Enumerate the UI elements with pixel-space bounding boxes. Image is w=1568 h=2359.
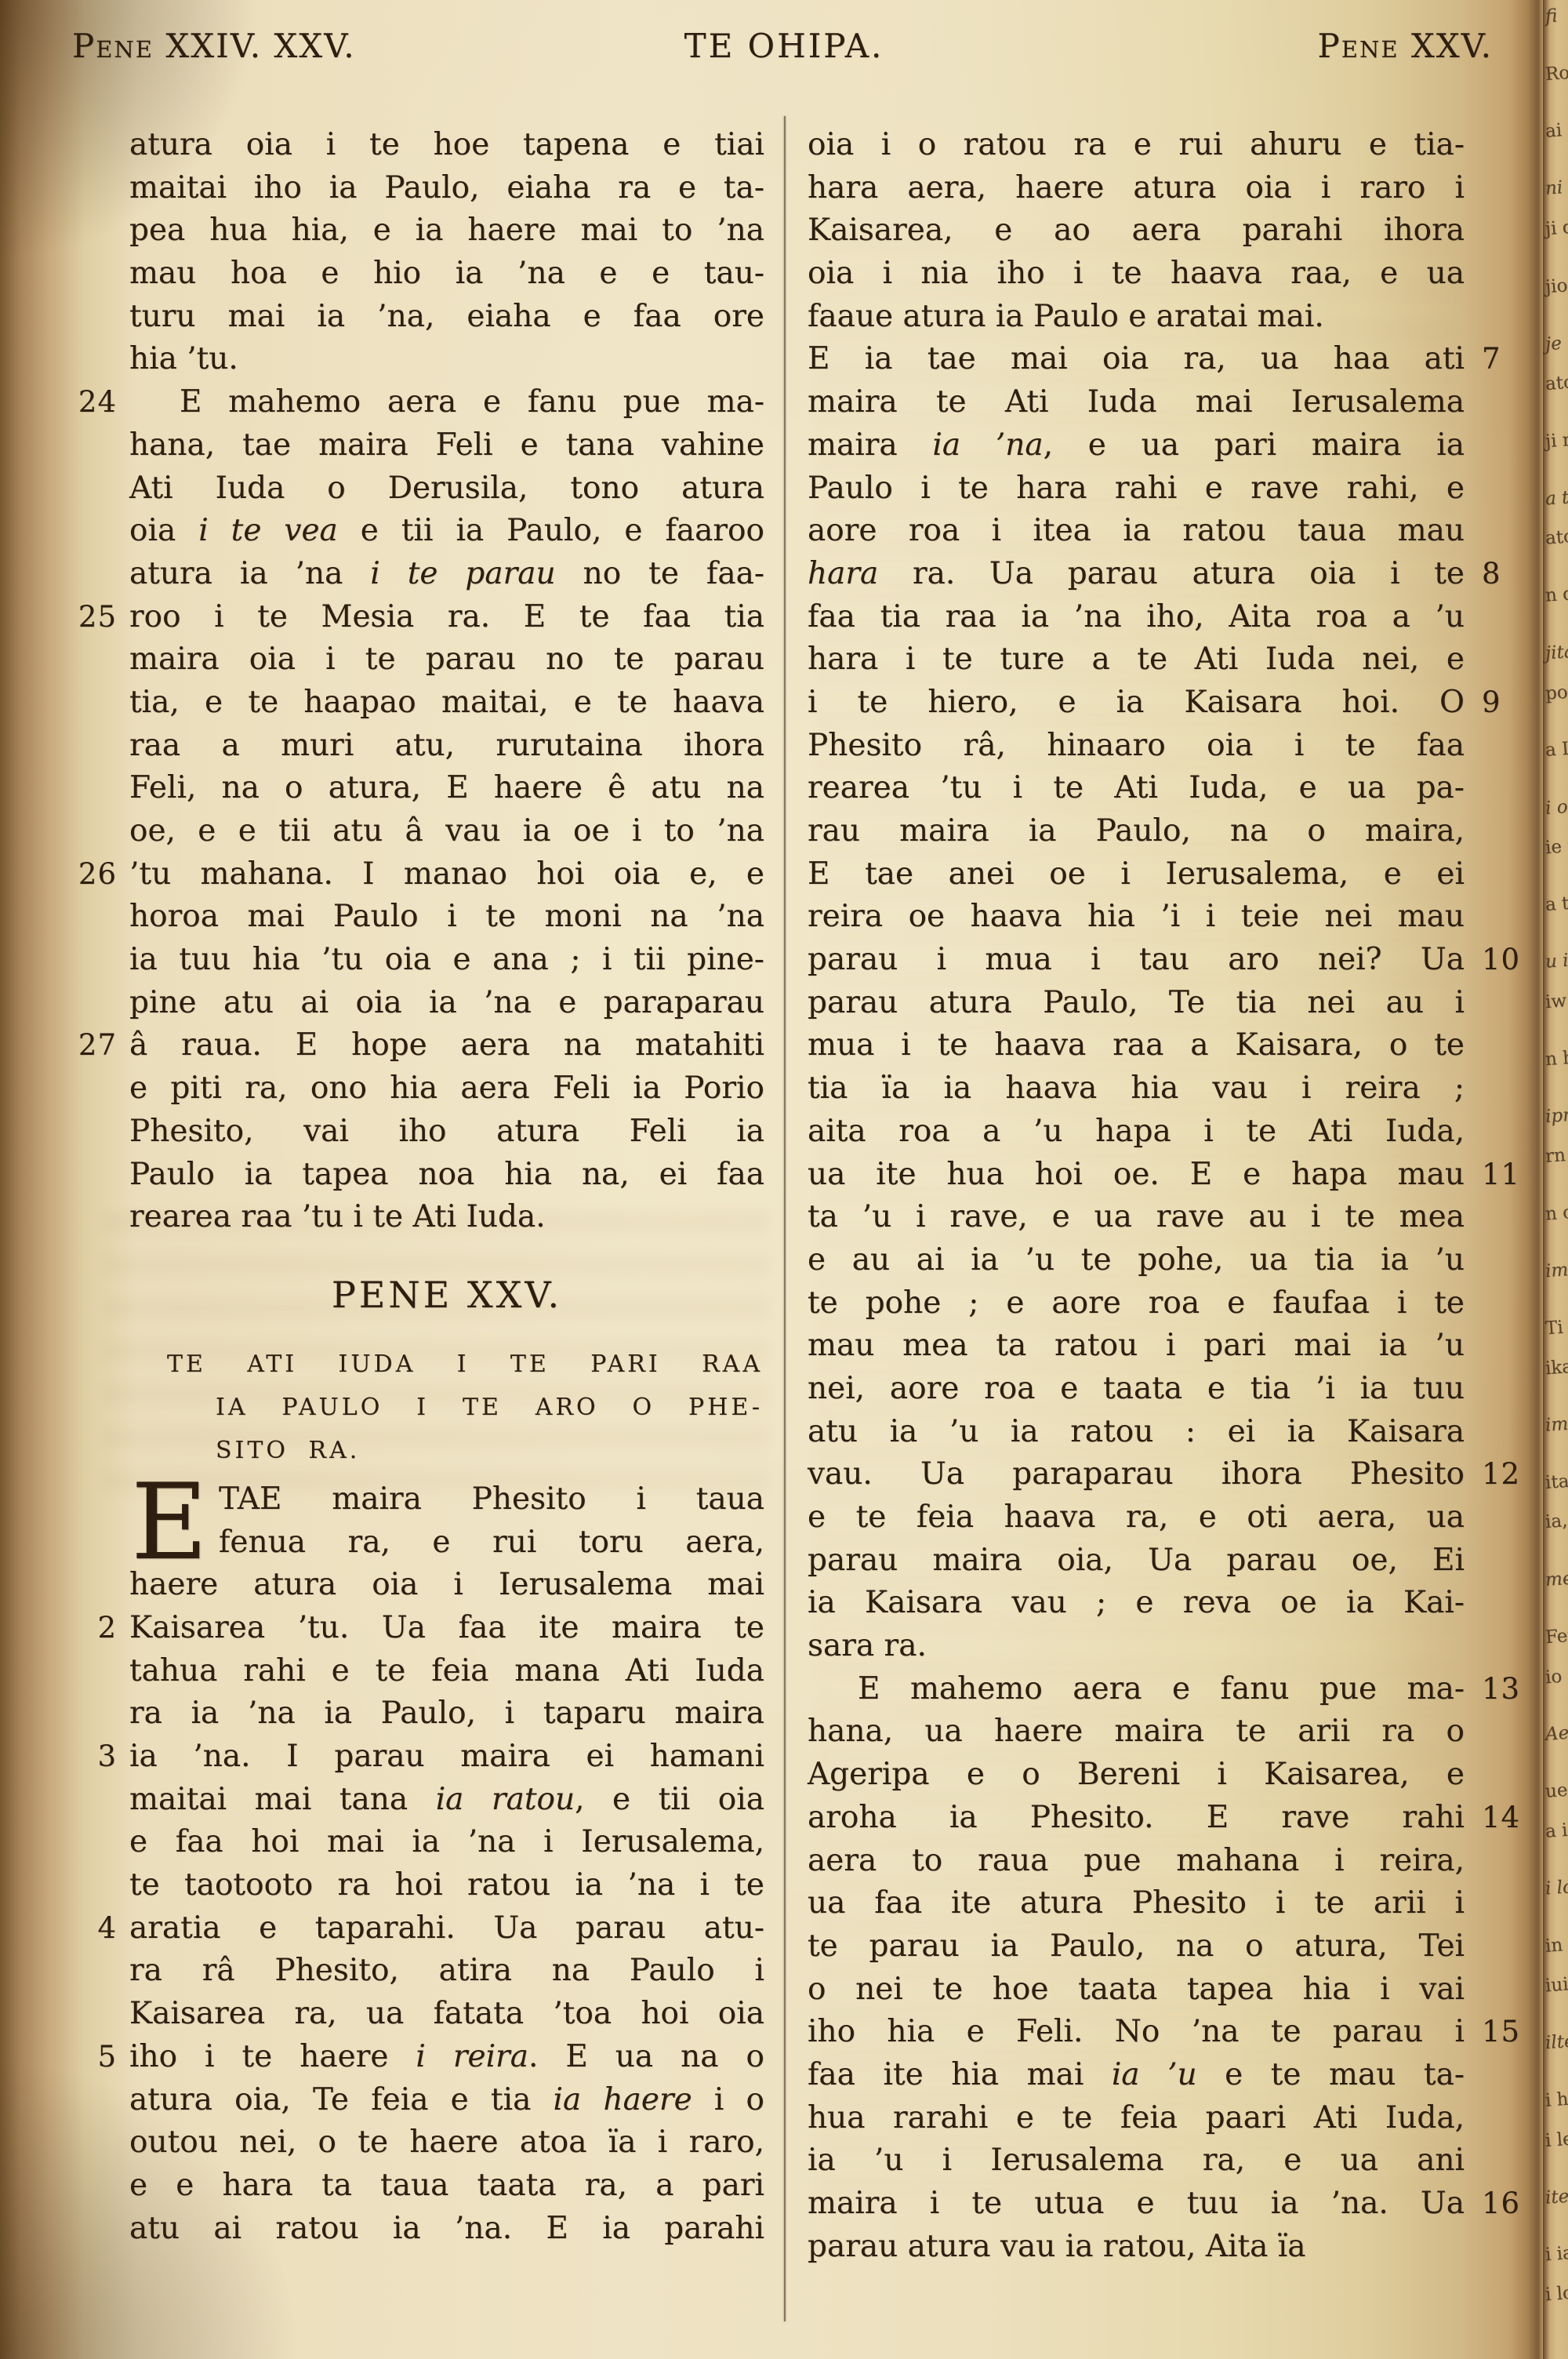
text-segment: aera to raua pue mahana i reira, [808, 1843, 1465, 1878]
text-line: mau mea ta ratou i pari mai ia ’u [808, 1325, 1465, 1368]
verse-number: 9 [1482, 682, 1548, 725]
text-line: ra ia ’na ia Paulo, i taparu maira [129, 1692, 764, 1736]
edge-text-fragment: Fetor [1544, 1624, 1568, 1648]
edge-text-fragment: in to [1544, 1933, 1568, 1957]
text-line: atu ia ’u ia ratou : ei ia Kaisara [808, 1411, 1465, 1454]
text-segment: hana, tae maira Feli e tana vahine [129, 427, 764, 463]
text-line: ta ’u i rave, e ua rave au i te mea [808, 1196, 1465, 1239]
text-line: 16maira i te utua e tuu ia ’na. Ua [808, 2183, 1465, 2226]
text-line: oia i o ratou ra e rui ahuru e tia- [808, 124, 1465, 167]
edge-text-fragment: n hia’ [1544, 1046, 1568, 1070]
text-line: tahua rahi e te feia mana Ati Iuda [129, 1650, 764, 1693]
verse-number: 26 [51, 853, 117, 896]
text-segment: outou nei, o te haere atoa ïa i raro, [129, 2125, 764, 2160]
text-segment: maira [808, 427, 932, 463]
text-line: faa ite hia mai ia ’u e te mau ta- [808, 2054, 1465, 2097]
text-line: parau atura vau ia ratou, Aita ïa [808, 2226, 1465, 2269]
text-segment: ia Kaisara vau ; e reva oe ia Kai- [808, 1585, 1465, 1620]
text-line: e te feia haava ra, e oti aera, ua [808, 1496, 1465, 1539]
text-line: e e hara ta taua taata ra, a pari [129, 2165, 764, 2208]
text-segment: . E ua na o [528, 2039, 764, 2074]
edge-text-fragment: i lo, [1544, 1877, 1568, 1899]
text-line: 27â raua. E hope aera na matahiti [129, 1024, 764, 1067]
column-divider-rule [784, 116, 786, 2321]
text-segment: oia [129, 513, 198, 548]
text-line: 13E mahemo aera e fanu pue ma- [808, 1668, 1465, 1711]
text-segment: Kaisarea, e ao aera parahi ihora [808, 213, 1465, 248]
text-segment: reira oe haava hia ’i i teie nei mau [808, 899, 1465, 934]
edge-text-fragment: u i e [1544, 949, 1568, 972]
text-segment: pea hua hia, e ia haere mai to ’na [129, 213, 764, 248]
text-line: parau maira oia, Ua parau oe, Ei [808, 1539, 1465, 1583]
text-line: o nei te hoe taata tapea hia i vai [808, 1968, 1465, 2012]
text-line: 5iho i te haere i reira. E ua na o [129, 2036, 764, 2079]
text-line: rearea raa ’tu i te Ati Iuda. [129, 1196, 764, 1239]
text-line: turu mai ia ’na, eiaha e faa ore [129, 296, 764, 339]
text-segment: i o [692, 2082, 764, 2117]
text-line: hua rarahi e te feia paari Ati Iuda, [808, 2097, 1465, 2140]
text-segment: pine atu ai oia ia ’na e paraparau [129, 985, 764, 1020]
text-segment: E mahemo aera e fanu pue ma- [858, 1671, 1465, 1707]
verse-number: 16 [1482, 2183, 1548, 2226]
edge-text-fragment: i hoj [1544, 2088, 1568, 2110]
verse-number: 5 [51, 2036, 117, 2079]
text-line: atura ia ’na i te parau no te faa- [129, 553, 764, 596]
text-line: Ageripa e o Bereni i Kaisarea, e [808, 1754, 1465, 1797]
text-segment: nei, aore roa e taata e tia ’i ia tuu [808, 1371, 1465, 1406]
text-segment: TAE maira Phesito i taua [219, 1481, 764, 1517]
text-segment: mau hoa e hio ia ’na e e tau- [129, 256, 764, 291]
edge-text-fragment: imi at [1544, 1258, 1568, 1282]
edge-text-fragment: atoa, [1544, 371, 1568, 394]
text-segment: iho hia e Feli. No ’na te parau i [808, 2014, 1465, 2049]
text-segment: faa ite hia mai [808, 2057, 1112, 2092]
text-segment: rearea raa ’tu i te Ati Iuda. [129, 1199, 546, 1234]
edge-text-fragment: n d i [1544, 583, 1568, 606]
edge-text-fragment: iuit [1544, 1974, 1568, 1997]
italic-text-segment: i te vea [198, 513, 338, 548]
edge-text-fragment: iw ile [1544, 989, 1568, 1012]
edge-text-fragment: rn ia [1544, 1143, 1568, 1167]
text-segment: parau i mua i tau aro nei? Ua [808, 942, 1465, 977]
italic-text-segment: hara [808, 556, 878, 591]
text-line: tia, e te haapao maitai, e te haava [129, 682, 764, 725]
edge-text-fragment: ie ma [1544, 834, 1568, 858]
text-segment: e tii ia Paulo, e faaroo [338, 513, 764, 548]
text-line: 9i te hiero, e ia Kaisara hoi. O [808, 682, 1465, 725]
chapter-summary-line: SITO RA. [167, 1429, 763, 1472]
text-line: maira ia ’na, e ua pari maira ia [808, 424, 1465, 467]
italic-text-segment: i reira [416, 2039, 528, 2074]
text-segment: aita roa a ’u hapa i te Ati Iuda, [808, 1114, 1465, 1149]
text-segment: tia, e te haapao maitai, e te haava [129, 685, 764, 720]
text-segment: ra. Ua parau atura oia i te [878, 556, 1465, 591]
edge-text-fragment: i ora re [1544, 794, 1568, 819]
text-line: raa a muri atu, rurutaina ihora [129, 725, 764, 768]
edge-text-fragment: jio ne [1544, 274, 1568, 297]
text-line: Paulo i te hara rahi e rave rahi, e [808, 467, 1465, 511]
text-line: oia i te vea e tii ia Paulo, e faaroo [129, 510, 764, 553]
text-line: rearea ’tu i te Ati Iuda, e ua pa- [808, 767, 1465, 810]
text-line: aita roa a ’u hapa i te Ati Iuda, [808, 1110, 1465, 1154]
text-line: ua faa ite atura Phesito i te arii i [808, 1882, 1465, 1925]
text-segment: hara i te ture a te Ati Iuda nei, e [808, 642, 1465, 677]
edge-text-fragment: ni [1544, 177, 1563, 198]
edge-text-fragment: ite a [1544, 2185, 1568, 2208]
text-segment: parau atura Paulo, Te tia nei au i [808, 985, 1465, 1020]
text-segment: ia ’na. I parau maira ei hamani [129, 1739, 764, 1774]
edge-text-fragment: imoi [1544, 1412, 1568, 1435]
text-segment: e e hara ta taua taata ra, a pari [129, 2168, 764, 2203]
text-segment: maira i te utua e tuu ia ’na. Ua [808, 2186, 1465, 2221]
text-line: 7E ia tae mai oia ra, ua haa ati [808, 338, 1465, 381]
text-line: e au ai ia ’u te pohe, ua tia ia ’u [808, 1239, 1465, 1282]
text-line: rau maira ia Paulo, na o maira, [808, 810, 1465, 853]
text-segment: ta ’u i rave, e ua rave au i te mea [808, 1199, 1465, 1234]
text-line: 26’tu mahana. I manao hoi oia e, e [129, 853, 764, 896]
text-line: 10parau i mua i tau aro nei? Ua [808, 939, 1465, 982]
edge-text-fragment: ue a [1544, 1779, 1568, 1801]
text-line: te taotooto ra hoi ratou ia ’na i te [129, 1864, 764, 1907]
text-segment: Ageripa e o Bereni i Kaisarea, e [808, 1757, 1465, 1792]
text-segment: ’tu mahana. I manao hoi oia e, e [129, 856, 764, 892]
edge-text-fragment: Ro [1544, 63, 1568, 85]
text-line: hia ’tu. [129, 338, 764, 381]
text-segment: mau mea ta ratou i pari mai ia ’u [808, 1328, 1465, 1363]
text-line: 15iho hia e Feli. No ’na te parau i [808, 2011, 1465, 2054]
edge-text-fragment: ji d [1544, 217, 1568, 239]
text-segment: parau atura vau ia ratou, Aita ïa [808, 2229, 1306, 2264]
text-segment: mua i te haava raa a Kaisara, o te [808, 1027, 1465, 1063]
text-line: Phesito râ, hinaaro oia i te faa [808, 725, 1465, 768]
running-header: Pene XXIV. XXV. TE OHIPA. Pene XXV. [0, 27, 1568, 74]
text-line: ia Kaisara vau ; e reva oe ia Kai- [808, 1582, 1465, 1625]
verse-block: 2Kaisarea ’tu. Ua faa ite maira tetahua … [129, 1607, 764, 2250]
italic-text-segment: ia haere [554, 2082, 692, 2117]
text-segment: i te hiero, e ia Kaisara hoi. O [808, 685, 1465, 720]
text-segment: atura oia, Te feia e tia [129, 2082, 554, 2117]
text-line: aore roa i itea ia ratou taua mau [808, 510, 1465, 553]
text-line: 24E mahemo aera e fanu pue ma- [129, 381, 764, 424]
text-segment: e te feia haava ra, e oti aera, ua [808, 1499, 1465, 1535]
text-line: oe, e e tii atu â vau ia oe i to ’na [129, 810, 764, 853]
edge-text-fragment: je haa [1544, 331, 1568, 355]
text-segment: faa tia raa ia ’na iho, Aita roa a ’u [808, 599, 1465, 634]
text-line: pine atu ai oia ia ’na e paraparau [129, 982, 764, 1025]
text-segment: atu ai ratou ia ’na. E ia parahi [129, 2211, 764, 2246]
edge-text-fragment: a Ies [1544, 737, 1568, 761]
text-segment: fenua ra, e rui toru aera, [219, 1525, 764, 1560]
text-segment: Ati Iuda o Derusila, tono atura [129, 471, 764, 506]
text-line: Ati Iuda o Derusila, tono atura [129, 467, 764, 511]
edge-text-fragment: ipran [1544, 1103, 1568, 1127]
text-line: TAE maira Phesito i taua [129, 1478, 764, 1521]
text-line: maira te Ati Iuda mai Ierusalema [808, 381, 1465, 424]
text-line: 2Kaisarea ’tu. Ua faa ite maira te [129, 1607, 764, 1650]
text-line: atura oia i te hoe tapena e tiai [129, 124, 764, 167]
text-line: ia ’u i Ierusalema ra, e ua ani [808, 2139, 1465, 2183]
verse-number: 2 [51, 1607, 117, 1650]
text-segment: atu ia ’u ia ratou : ei ia Kaisara [808, 1414, 1465, 1449]
text-line: aera to raua pue mahana i reira, [808, 1840, 1465, 1883]
edge-text-fragment: ai [1544, 120, 1563, 141]
text-segment: ra ia ’na ia Paulo, i taparu maira [129, 1696, 764, 1731]
verse-number: 24 [51, 381, 117, 424]
text-line: te parau ia Paulo, na o atura, Tei [808, 1925, 1465, 1968]
text-segment: sara ra. [808, 1628, 927, 1663]
text-segment: E tae anei oe i Ierusalema, e ei [808, 856, 1465, 892]
text-line: nei, aore roa e taata e tia ’i ia tuu [808, 1368, 1465, 1411]
verse-number: 4 [51, 1907, 117, 1950]
edge-text-fragment: port ra [1544, 679, 1568, 704]
text-segment: aroha ia Phesito. E rave rahi [808, 1800, 1465, 1835]
edge-text-fragment: Ti a p [1544, 1315, 1568, 1339]
text-line: tia ïa ia haava hia vau i reira ; [808, 1067, 1465, 1110]
text-line: atura oia, Te feia e tia ia haere i o [129, 2079, 764, 2122]
verse-number: 15 [1482, 2011, 1548, 2054]
text-segment: atura ia ’na [129, 556, 370, 591]
verse-number: 11 [1482, 1154, 1548, 1197]
text-line: 11ua ite hua hoi oe. E e hapa mau [808, 1154, 1465, 1197]
text-line: atu ai ratou ia ’na. E ia parahi [129, 2208, 764, 2251]
text-line: mau hoa e hio ia ’na e e tau- [129, 253, 764, 296]
text-segment: oia i nia iho i te haava raa, e ua [808, 256, 1465, 291]
text-line: faaue atura ia Paulo e aratai mai. [808, 296, 1465, 339]
text-segment: e te mau ta- [1197, 2057, 1465, 2092]
edge-text-fragment: n otur [1544, 1201, 1568, 1225]
text-segment: hua rarahi e te feia paari Ati Iuda, [808, 2100, 1465, 2135]
text-line: Kaisarea ra, ua fatata ’toa hoi oia [129, 1993, 764, 2036]
text-line: maira oia i te parau no te parau [129, 638, 764, 682]
italic-text-segment: ia ’u [1112, 2057, 1197, 2092]
text-segment: oia i o ratou ra e rui ahuru e tia- [808, 127, 1465, 162]
text-line: hara aera, haere atura oia i raro i [808, 167, 1465, 210]
text-line: fenua ra, e rui toru aera, [129, 1521, 764, 1565]
text-line: ra râ Phesito, atira na Paulo i [129, 1950, 764, 1993]
text-segment: iho i te haere [129, 2039, 416, 2074]
edge-text-fragment: a ti a [1544, 892, 1568, 915]
text-segment: maira te Ati Iuda mai Ierusalema [808, 384, 1465, 420]
text-line: hana, tae maira Feli e tana vahine [129, 424, 764, 467]
verse-number: 10 [1482, 939, 1548, 982]
text-segment: hana, ua haere maira te arii ra o [808, 1714, 1465, 1749]
text-segment: turu mai ia ’na, eiaha e faa ore [129, 299, 764, 334]
text-segment: hia ’tu. [129, 341, 238, 376]
text-segment: Paulo i te hara rahi e rave rahi, e [808, 471, 1465, 506]
text-line: e faa hoi mai ia ’na i Ierusalema, [129, 1821, 764, 1864]
text-line: maitai iho ia Paulo, eiaha ra e ta- [129, 167, 764, 210]
text-segment: horoa mai Paulo i te moni na ’na [129, 899, 764, 934]
edge-text-fragment: a i a [1544, 1819, 1568, 1841]
edge-text-fragment: fi [1544, 5, 1558, 27]
text-line: faa tia raa ia ’na iho, Aita roa a ’u [808, 596, 1465, 639]
verse-number: 3 [51, 1736, 117, 1779]
edge-text-fragment: i ia [1544, 2243, 1568, 2265]
text-line: Paulo ia tapea noa hia na, ei faa [129, 1154, 764, 1197]
text-line: 12vau. Ua paraparau ihora Phesito [808, 1453, 1465, 1496]
text-segment: parau maira oia, Ua parau oe, Ei [808, 1543, 1465, 1578]
text-line: 4aratia e taparahi. Ua parau atu- [129, 1907, 764, 1950]
text-segment: te pohe ; e aore roa e faufaa i te [808, 1285, 1465, 1321]
text-line: Feli, na o atura, E haere ê atu na [129, 767, 764, 810]
text-segment: Phesito, vai iho atura Feli ia [129, 1114, 764, 1149]
verse-number: 7 [1482, 338, 1548, 381]
text-segment: ua faa ite atura Phesito i te arii i [808, 1885, 1465, 1921]
text-segment: Paulo ia tapea noa hia na, ei faa [129, 1157, 764, 1192]
text-segment: ia ’u i Ierusalema ra, e ua ani [808, 2143, 1465, 2178]
text-line: parau atura Paulo, Te tia nei au i [808, 982, 1465, 1025]
text-segment: ia tuu hia ’tu oia e ana ; i tii pine- [129, 942, 764, 977]
text-line: 14aroha ia Phesito. E rave rahi [808, 1797, 1465, 1840]
text-segment: oe, e e tii atu â vau ia oe i to ’na [129, 813, 764, 849]
text-segment: o nei te hoe taata tapea hia i vai [808, 1972, 1465, 2007]
edge-text-fragment: i lo [1544, 2283, 1568, 2305]
edge-text-fragment: Aete [1544, 1721, 1568, 1745]
edge-text-fragment: a te fe [1544, 485, 1568, 509]
text-line: Kaisarea, e ao aera parahi ihora [808, 209, 1465, 253]
text-line: haere atura oia i Ierusalema mai [129, 1564, 764, 1607]
text-line: mua i te haava raa a Kaisara, o te [808, 1024, 1465, 1067]
text-segment: maitai mai tana [129, 1782, 436, 1817]
text-segment: haere atura oia i Ierusalema mai [129, 1567, 764, 1602]
verse-block: atura oia i te hoe tapena e tiaimaitai i… [129, 124, 764, 1239]
text-segment: , e ua pari maira ia [1044, 427, 1465, 463]
text-line: oia i nia iho i te haava raa, e ua [808, 253, 1465, 296]
text-segment: ua ite hua hoi oe. E e hapa mau [808, 1157, 1465, 1192]
text-segment: aratia e taparahi. Ua parau atu- [129, 1910, 764, 1946]
text-segment: e piti ra, ono hia aera Feli ia Porio [129, 1070, 764, 1106]
text-line: 3ia ’na. I parau maira ei hamani [129, 1736, 764, 1779]
edge-text-fragment: ji mai [1544, 428, 1568, 452]
text-line: hana, ua haere maira te arii ra o [808, 1710, 1465, 1754]
italic-text-segment: ia ’na [932, 427, 1043, 463]
text-segment: Phesito râ, hinaaro oia i te faa [808, 728, 1465, 763]
edge-text-fragment: itara [1544, 1470, 1568, 1493]
text-line: pea hua hia, e ia haere mai to ’na [129, 209, 764, 253]
chapter-summary-line: TE ATI IUDA I TE PARI RAA [167, 1343, 763, 1386]
text-segment: no te faa- [556, 556, 764, 591]
verse-block: oia i o ratou ra e rui ahuru e tia-hara … [808, 124, 1465, 2268]
text-segment: maira oia i te parau no te parau [129, 642, 764, 677]
text-line: ia tuu hia ’tu oia e ana ; i tii pine- [129, 939, 764, 982]
edge-text-fragment: io ma [1544, 1664, 1568, 1688]
text-segment: E mahemo aera e fanu pue ma- [180, 384, 764, 420]
text-line: e piti ra, ono hia aera Feli ia Porio [129, 1067, 764, 1110]
dropcap-paragraph: ETAE maira Phesito i tauafenua ra, e rui… [129, 1478, 764, 1607]
page-edge: fiRoainiji djio neje haaatoa,ji maia te … [1543, 0, 1568, 2359]
left-column: atura oia i te hoe tapena e tiaimaitai i… [129, 124, 764, 2250]
text-segment: , e tii oia [575, 1782, 764, 1817]
text-line: Phesito, vai iho atura Feli ia [129, 1110, 764, 1154]
text-line: sara ra. [808, 1625, 1465, 1668]
text-segment: aore roa i itea ia ratou taua mau [808, 513, 1465, 548]
book-page: Pene XXIV. XXV. TE OHIPA. Pene XXV. atur… [0, 0, 1568, 2359]
text-line: horoa mai Paulo i te moni na ’na [129, 896, 764, 939]
verse-number: 8 [1482, 553, 1548, 596]
edge-text-fragment: i lefa [1544, 2128, 1568, 2151]
edge-text-fragment: ator [1544, 525, 1568, 548]
text-segment: atura oia i te hoe tapena e tiai [129, 127, 764, 162]
edge-text-fragment: ia, [1544, 1510, 1568, 1532]
text-segment: hara aera, haere atura oia i raro i [808, 170, 1465, 205]
edge-text-fragment: ilte [1544, 2031, 1568, 2054]
text-segment: roo i te Mesia ra. E te faa tia [129, 599, 764, 634]
text-segment: te taotooto ra hoi ratou ia ’na i te [129, 1867, 764, 1903]
edge-text-fragment: ika, T [1544, 1355, 1568, 1379]
italic-text-segment: ia ratou [436, 1782, 575, 1817]
text-line: E tae anei oe i Ierusalema, e ei [808, 853, 1465, 896]
text-line: maitai mai tana ia ratou, e tii oia [129, 1779, 764, 1822]
chapter-summary: TE ATI IUDA I TE PARI RAAIA PAULO I TE A… [129, 1343, 764, 1472]
text-segment: maitai iho ia Paulo, eiaha ra e ta- [129, 170, 764, 205]
text-segment: Kaisarea ra, ua fatata ’toa hoi oia [129, 1996, 764, 2031]
text-line: reira oe haava hia ’i i teie nei mau [808, 896, 1465, 939]
edge-text-fragment: me e [1544, 1567, 1568, 1590]
text-segment: tia ïa ia haava hia vau i reira ; [808, 1070, 1465, 1106]
text-line: 25roo i te Mesia ra. E te faa tia [129, 596, 764, 639]
text-line: te pohe ; e aore roa e faufaa i te [808, 1282, 1465, 1325]
edge-text-fragment: jita ra [1544, 640, 1568, 664]
text-segment: tahua rahi e te feia mana Ati Iuda [129, 1653, 764, 1688]
text-segment: e au ai ia ’u te pohe, ua tia ia ’u [808, 1242, 1465, 1278]
text-segment: rau maira ia Paulo, na o maira, [808, 813, 1465, 849]
verse-number: 13 [1482, 1668, 1548, 1711]
text-line: 8hara ra. Ua parau atura oia i te [808, 553, 1465, 596]
text-segment: e faa hoi mai ia ’na i Ierusalema, [129, 1824, 764, 1859]
text-segment: E ia tae mai oia ra, ua haa ati [808, 341, 1465, 376]
text-line: outou nei, o te haere atoa ïa i raro, [129, 2121, 764, 2165]
text-segment: â raua. E hope aera na matahiti [129, 1027, 764, 1063]
header-right-chapter: Pene XXV. [1318, 27, 1493, 65]
text-line: hara i te ture a te Ati Iuda nei, e [808, 638, 1465, 682]
text-segment: rearea ’tu i te Ati Iuda, e ua pa- [808, 770, 1465, 805]
text-segment: Feli, na o atura, E haere ê atu na [129, 770, 764, 805]
italic-text-segment: i te parau [370, 556, 555, 591]
right-column: oia i o ratou ra e rui ahuru e tia-hara … [808, 124, 1465, 2268]
verse-number: 12 [1482, 1453, 1548, 1496]
verse-number: 25 [51, 596, 117, 639]
text-segment: ra râ Phesito, atira na Paulo i [129, 1953, 764, 1988]
chapter-summary-line: IA PAULO I TE ARO O PHE- [167, 1386, 763, 1429]
chapter-heading: PENE XXV. [129, 1274, 764, 1316]
verse-number: 27 [51, 1024, 117, 1067]
text-segment: Kaisarea ’tu. Ua faa ite maira te [129, 1610, 764, 1645]
text-segment: faaue atura ia Paulo e aratai mai. [808, 299, 1324, 334]
text-segment: raa a muri atu, rurutaina ihora [129, 728, 764, 763]
text-segment: te parau ia Paulo, na o atura, Tei [808, 1928, 1465, 1964]
verse-number: 14 [1482, 1797, 1548, 1840]
text-segment: vau. Ua paraparau ihora Phesito [808, 1456, 1465, 1492]
